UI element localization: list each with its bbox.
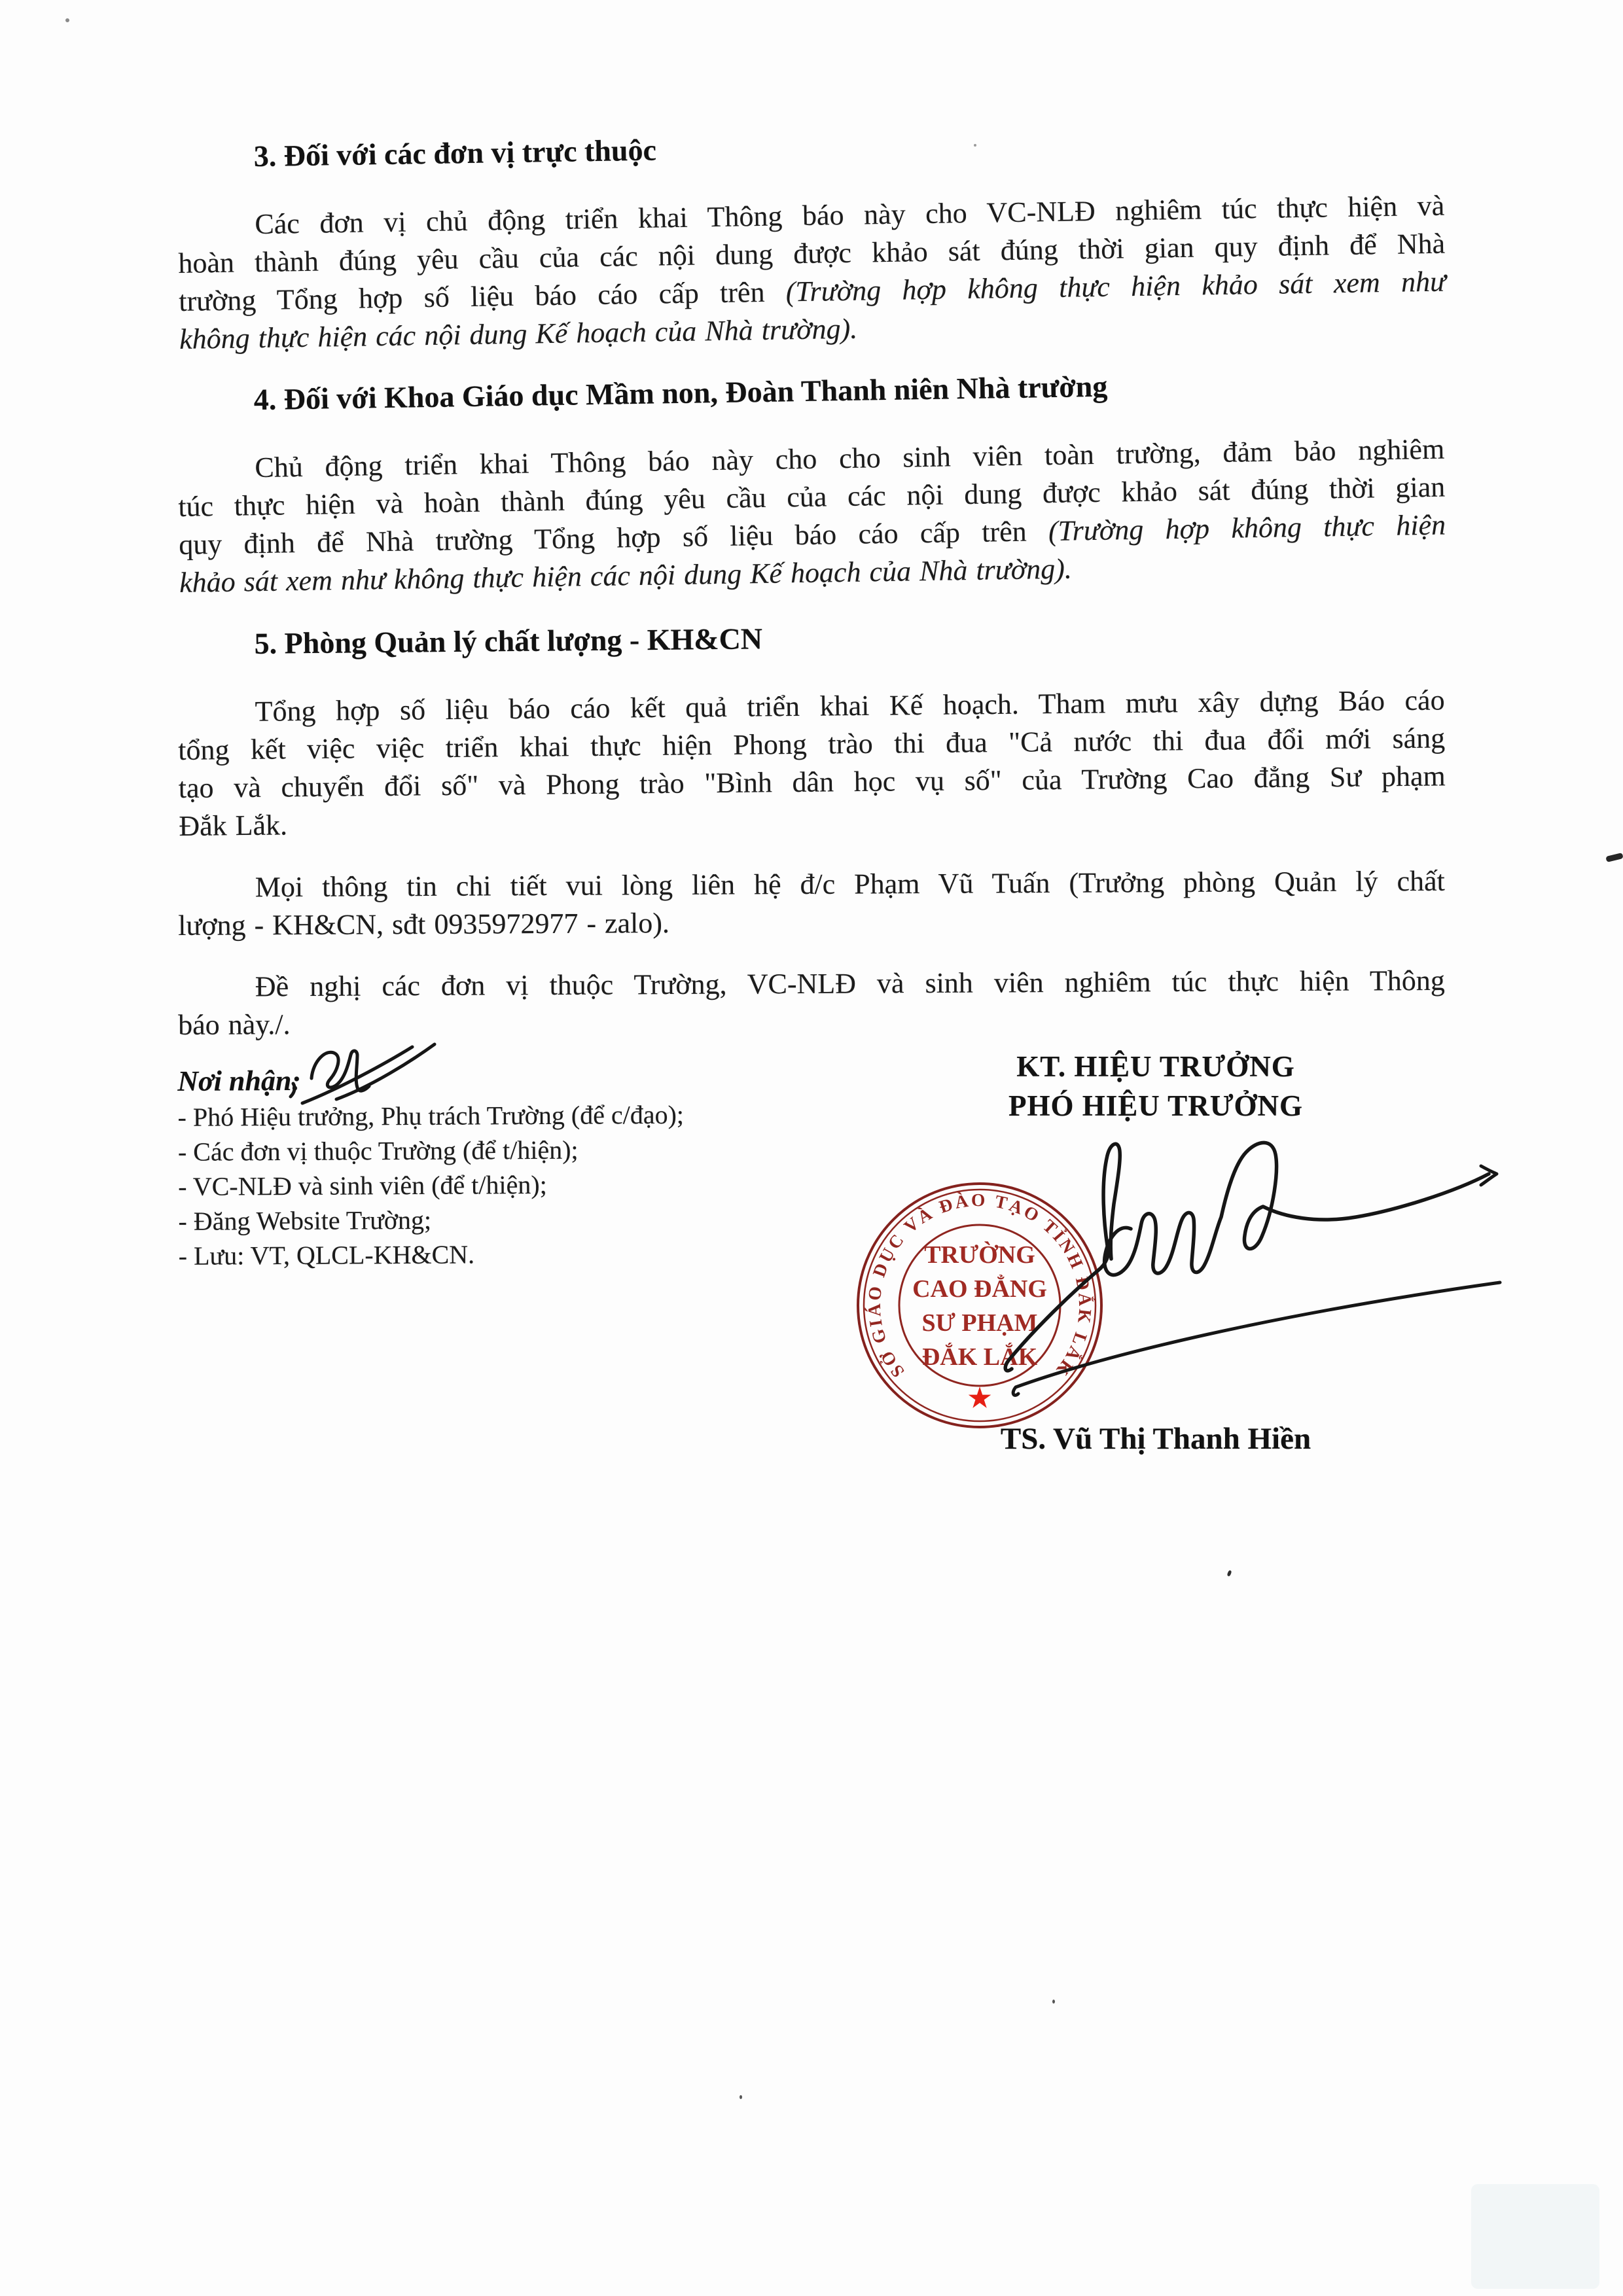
recipient-item: - Các đơn vị thuộc Trường (để t/hiện); — [178, 1131, 898, 1169]
scan-speck — [974, 144, 976, 147]
section-3-heading: 3. Đối với các đơn vị trực thuộc — [176, 119, 1444, 177]
document-body: 3. Đối với các đơn vị trực thuộc Các đơn… — [178, 139, 1445, 1044]
section-3: 3. Đối với các đơn vị trực thuộc Các đơn… — [176, 119, 1446, 359]
scan-speck — [65, 18, 69, 22]
scan-speck — [1226, 1570, 1232, 1576]
paragraph-line: lượng - KH&CN, sđt 0935972977 - zalo). — [178, 900, 1445, 945]
document-page: 3. Đối với các đơn vị trực thuộc Các đơn… — [0, 0, 1623, 2296]
paragraph-line: Đề nghị các đơn vị thuộc Trường, VC-NLĐ … — [178, 962, 1445, 1006]
section-5: 5. Phòng Quản lý chất lượng - KH&CN Tổng… — [177, 613, 1446, 845]
contact-paragraph: Mọi thông tin chi tiết vui lòng liên hệ … — [178, 862, 1446, 945]
section-4: 4. Đối với Khoa Giáo dục Mầm non, Đoàn T… — [176, 362, 1446, 602]
section-5-heading: 5. Phòng Quản lý chất lượng - KH&CN — [177, 613, 1444, 663]
signer-name: TS. Vũ Thị Thanh Hiền — [842, 1421, 1470, 1457]
recipient-item: - Lưu: VT, QLCL-KH&CN. — [179, 1235, 899, 1273]
signature-main — [936, 1027, 1525, 1420]
recipient-item: - VC-NLĐ và sinh viên (để t/hiện); — [178, 1165, 898, 1204]
signature-initial — [274, 1021, 457, 1112]
paragraph-line: Mọi thông tin chi tiết vui lòng liên hệ … — [178, 862, 1445, 907]
scan-smudge — [1471, 2184, 1599, 2289]
section-4-heading: 4. Đối với Khoa Giáo dục Mầm non, Đoàn T… — [176, 362, 1444, 420]
scan-speck — [1052, 2000, 1055, 2004]
recipient-item: - Đăng Website Trường; — [178, 1200, 898, 1239]
scan-edge-mark — [1605, 853, 1623, 862]
scan-speck — [740, 2095, 742, 2099]
